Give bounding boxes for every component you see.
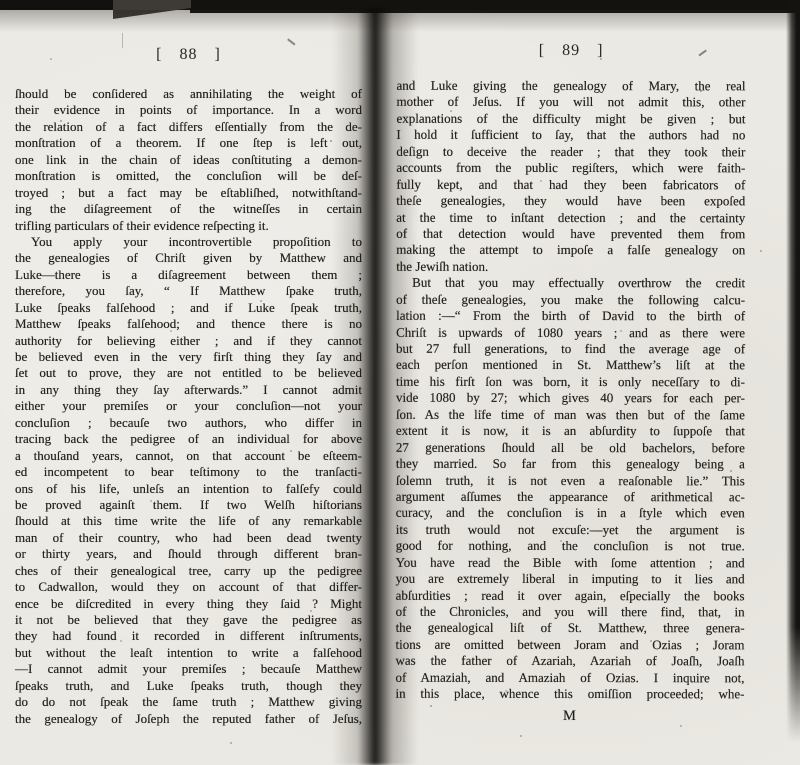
text-line: theſe genealogies, they would have been … <box>396 193 745 210</box>
text-line: ons of his life, unleſs an intention to … <box>15 481 362 497</box>
text-line: each perſon mentioned in St. Matthew’s l… <box>396 357 745 374</box>
text-line: ſolemn truth, it is not even a reaſonabl… <box>396 472 745 489</box>
text-line: extent it is now, it is an abſurdity to … <box>396 423 745 440</box>
text-line: lation :—“ From the birth of David to th… <box>396 308 745 325</box>
text-line: the genealogical liſt of St. Matthew, th… <box>396 620 745 637</box>
text-line: in this place, whence this omiſſion proc… <box>395 686 744 703</box>
text-line: I hold it ſufficient to ſay, that the au… <box>396 127 745 144</box>
text-line: be believed even in the very firſt thing… <box>15 349 362 365</box>
text-line: —I cannot admit your premiſes ; becauſe … <box>15 661 362 677</box>
text-line: troyed ; but a fact may be eſtabliſhed, … <box>15 185 362 201</box>
text-line: to Cadwallon, would they on account of t… <box>15 579 362 595</box>
text-line: ing the diſagreement of the witneſſes in… <box>15 201 362 217</box>
text-line: the relation of a fact differs eſſential… <box>15 119 362 135</box>
text-line: mother of Jeſus. If you will not admit t… <box>396 94 745 111</box>
text-line: of theſe genealogies, you make the follo… <box>396 291 745 308</box>
text-line: ſpeaks truth, and Luke ſpeaks truth, tho… <box>15 678 362 694</box>
text-line: at the time to inſtant detection ; and t… <box>396 209 745 226</box>
text-line: the genealogy of Joſeph the reputed fath… <box>15 711 362 727</box>
text-line: therefore, you ſay, “ If Matthew ſpake t… <box>15 283 362 299</box>
text-line: man of their country, who had been dead … <box>15 530 362 546</box>
text-line: Chriſt is upwards of 1080 years ; and as… <box>396 324 745 341</box>
text-line: tions are omitted between Joram and Ozia… <box>396 637 745 654</box>
text-line: making the attempt to impoſe a falſe gen… <box>396 242 745 259</box>
text-line: a thouſand years, cannot, on that accoun… <box>15 448 362 464</box>
text-line: argument aſſumes the appearance of arith… <box>396 489 745 506</box>
text-line: but 27 full generations, to find the ave… <box>396 341 745 358</box>
text-line: You have read the Bible with ſome attent… <box>396 554 745 571</box>
text-line: or thirty years, and ſhould through diff… <box>15 546 362 562</box>
text-line: monſtration is omitted, the concluſion w… <box>15 168 362 184</box>
scan-artifact-mark <box>122 33 123 48</box>
text-line: you are extremely liberal in imputing to… <box>396 571 745 588</box>
scan-right-edge <box>786 0 800 765</box>
text-line: But that you may effectually overthrow t… <box>396 275 745 292</box>
text-line: authority for believing either ; and if … <box>15 333 362 349</box>
page-number-right: [ 89 ] <box>397 42 746 63</box>
text-line: Luke—there is a diſagreement between the… <box>15 267 362 283</box>
book-scan-page-spread: [ 88 ] ſhould be conſidered as annihilat… <box>0 0 800 765</box>
text-line: the genealogies of Chriſt given by Matth… <box>15 250 362 266</box>
text-line: 27 generations ſhould all be old bachelo… <box>396 439 745 456</box>
text-line: they married. So far from this genealogy… <box>396 456 745 473</box>
text-line: fully kept, and that had they been fabri… <box>396 176 745 193</box>
text-line: concluſion ; becauſe two authors, who di… <box>15 415 362 431</box>
text-line: their evidence in points of importance. … <box>15 102 362 118</box>
page-number-left: [ 88 ] <box>15 46 362 66</box>
text-line: the Jewiſh nation. <box>396 259 745 276</box>
text-line: of that detection would have prevented t… <box>396 226 745 243</box>
text-line: be proved againſt them. If two Welſh hiſ… <box>15 497 362 513</box>
text-line: ſon. As the life time of man was then bu… <box>396 406 745 423</box>
text-line: they had found it recorded in different … <box>15 628 362 644</box>
text-line: ſhould at this time write the life of an… <box>15 513 362 529</box>
text-line: You apply your incontrovertible propoſit… <box>15 234 362 250</box>
text-line: good for nothing, and the concluſion is … <box>396 538 745 555</box>
scan-noise-speckles <box>0 0 2 2</box>
text-line: do do not ſpeak the ſame truth ; Matthew… <box>15 694 362 710</box>
text-line: one link in the chain of ideas conſtitut… <box>15 152 362 168</box>
text-line: ence be diſcredited in every thing they … <box>15 596 362 612</box>
text-line: vide 1080 by 27; which gives 40 years fo… <box>396 390 745 407</box>
text-line: and Luke giving the genealogy of Mary, t… <box>397 78 746 95</box>
text-line: Matthew ſpeaks falſehood; and thence the… <box>15 316 362 332</box>
text-line: curacy, and the concluſion is in a ſtyle… <box>396 505 745 522</box>
text-line: of Amaziah, and Amaziah of Ozias. I inqu… <box>395 669 744 686</box>
signature-mark: M <box>395 707 744 725</box>
page-88: [ 88 ] ſhould be conſidered as annihilat… <box>15 46 362 727</box>
text-line: but without the leaſt intention to write… <box>15 645 362 661</box>
book-gutter-shadow <box>332 8 418 765</box>
text-line: accounts from the public regiſters, whic… <box>396 160 745 177</box>
page-89: [ 89 ] and Luke giving the genealogy of … <box>395 42 745 725</box>
text-line: abſurdities ; read it over again, eſpeci… <box>396 587 745 604</box>
text-line: explanations of the difficulty might be … <box>396 111 745 128</box>
text-line: deſign to deceive the reader ; that they… <box>396 143 745 160</box>
text-line: tracing back the pedigree of an individu… <box>15 431 362 447</box>
text-line: its truth would not excuſe:—yet the argu… <box>396 522 745 539</box>
text-line: time his firſt ſon was born, it is only … <box>396 374 745 391</box>
page-88-text-column: ſhould be conſidered as annihilating the… <box>15 86 362 727</box>
text-line: ches of their genealogical tree, carry u… <box>15 563 362 579</box>
text-line: trifling particulars of their evidence r… <box>15 218 362 234</box>
text-line: ſet out to prove, they are not entitled … <box>15 365 362 381</box>
page-89-text-column: and Luke giving the genealogy of Mary, t… <box>395 78 745 703</box>
scan-artifact-mark <box>287 38 295 45</box>
text-line: in any thing they ſay afterwards.” I can… <box>15 382 362 398</box>
text-line: monſtration of a theorem. If one ſtep is… <box>15 135 362 151</box>
text-line: ſhould be conſidered as annihilating the… <box>15 86 362 102</box>
text-line: ed incompetent to bear teſtimony to the … <box>15 464 362 480</box>
text-line: either your premiſes or your concluſion—… <box>15 398 362 414</box>
text-line: of the Chronicles, and you will there fi… <box>396 604 745 621</box>
text-line: was the father of Azariah, Azariah of Jo… <box>396 653 745 670</box>
text-line: Luke ſpeaks falſehood ; and if Luke ſpea… <box>15 300 362 316</box>
text-line: it not be believed that they gave the pe… <box>15 612 362 628</box>
